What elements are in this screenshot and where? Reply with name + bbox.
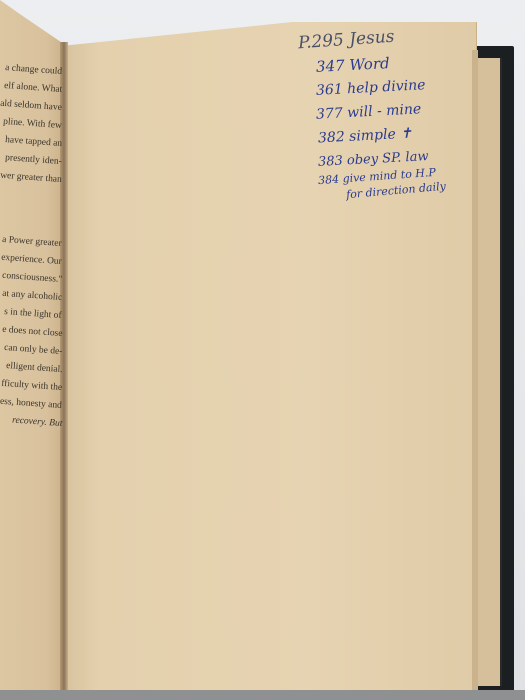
right-page — [66, 22, 477, 694]
text-line: recovery. But — [11, 413, 62, 434]
page-edge — [472, 50, 478, 690]
handwritten-note: 347 Word — [316, 54, 390, 76]
table-shadow — [0, 690, 525, 700]
cover-edge — [478, 58, 502, 686]
